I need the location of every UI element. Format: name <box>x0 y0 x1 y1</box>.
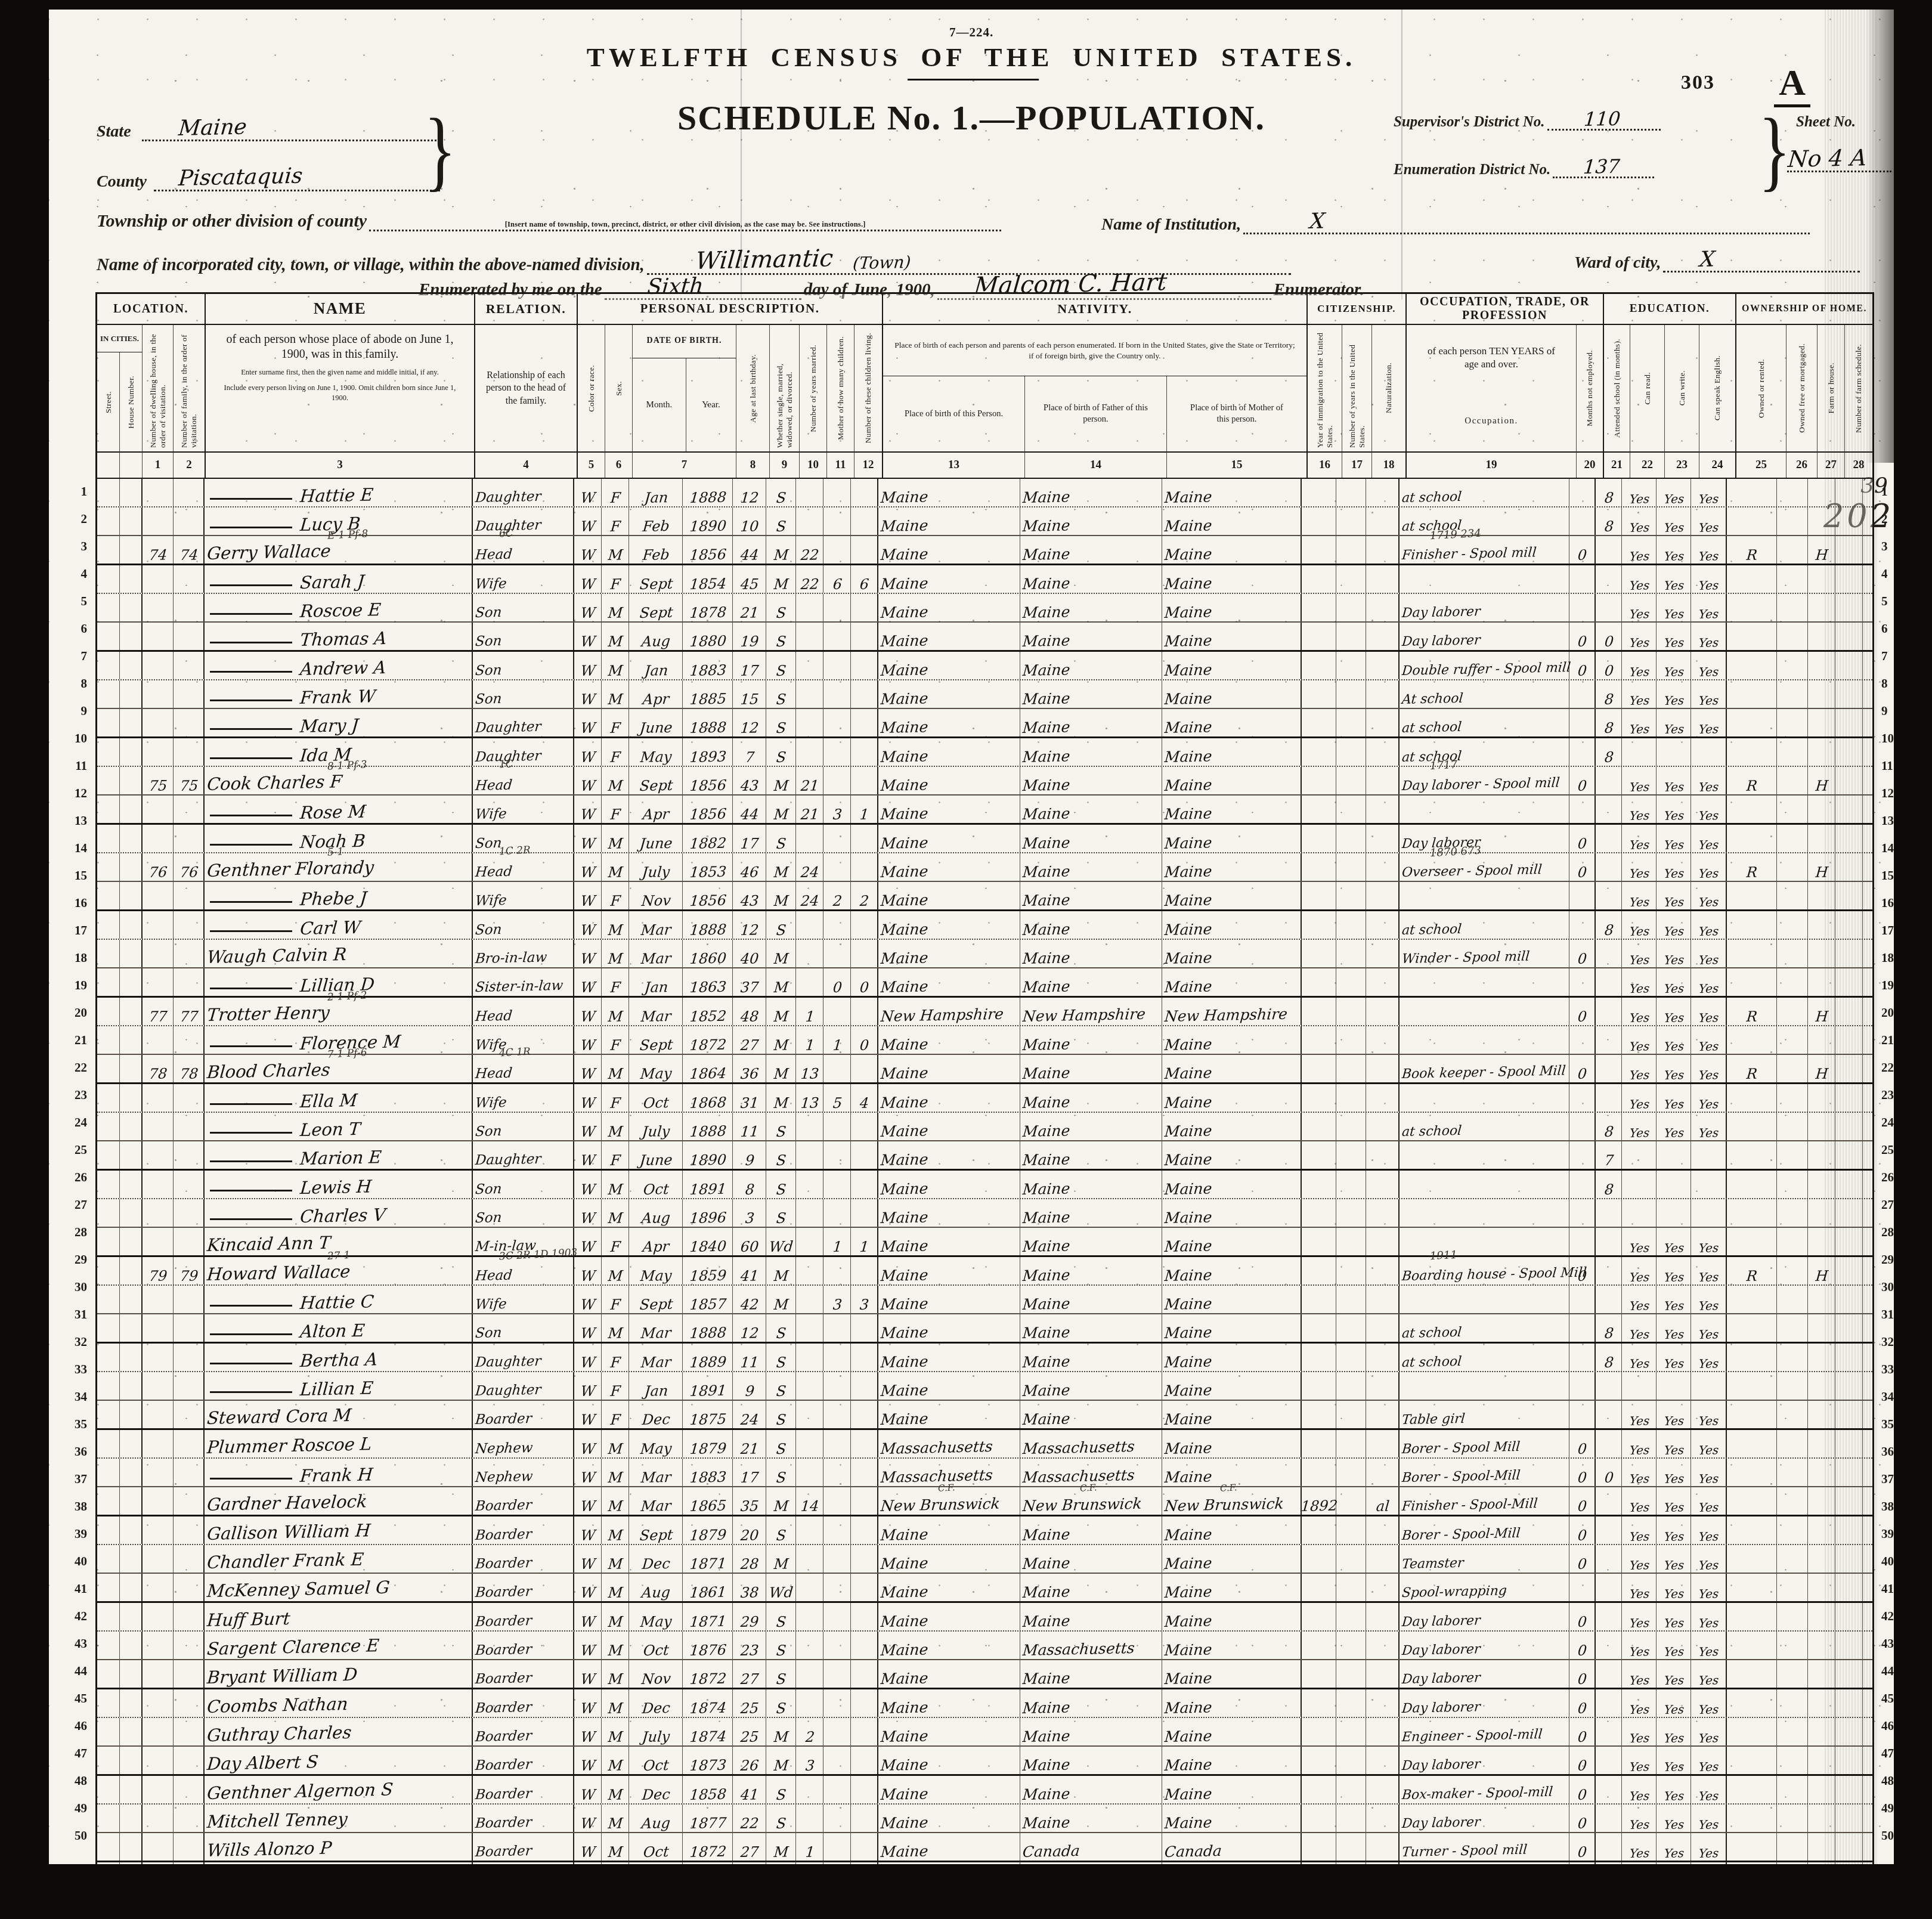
cell-ym: 13 <box>796 1084 823 1112</box>
cell-occ: Double ruffer - Spool mill <box>1400 652 1569 679</box>
cell-house <box>120 1516 143 1544</box>
cell-yr: 1856 <box>683 796 733 823</box>
line-number: 32 <box>49 1328 95 1355</box>
cell-house <box>120 1286 143 1313</box>
cell-s: M <box>602 998 629 1025</box>
line-number: 33 <box>49 1355 95 1383</box>
cell-fh <box>1808 652 1835 679</box>
cell-sched <box>1835 1401 1863 1428</box>
cell-own <box>1727 1660 1777 1688</box>
cell-pob: Maine <box>878 1257 1020 1285</box>
cell-cl: 1 <box>851 1228 878 1255</box>
cell-imm <box>1302 1516 1336 1544</box>
cell-mne: 0 <box>1569 1805 1596 1832</box>
header-speak-english: Can speak English. <box>1699 325 1735 451</box>
cell-mne: 0 <box>1569 1862 1596 1864</box>
colnum-15: 15 <box>1167 451 1306 478</box>
cell-pob: Maine <box>878 1516 1020 1544</box>
cell-c: W <box>574 767 602 794</box>
cell-fam <box>174 1430 205 1457</box>
cell-house <box>120 1372 143 1400</box>
cell-pf: Maine <box>1020 1545 1162 1573</box>
cell-c: W <box>574 1430 602 1457</box>
cell-en: Yes <box>1691 998 1727 1025</box>
cell-fam <box>174 1171 205 1198</box>
cell-nat <box>1366 911 1400 939</box>
cell-house <box>120 1689 143 1717</box>
cell-age: 60 <box>733 1228 766 1255</box>
cell-s: M <box>602 680 629 708</box>
cell-cl: 1 <box>851 796 878 823</box>
cell-fh <box>1808 594 1835 621</box>
cell-mo: Nov <box>629 882 683 909</box>
line-number: 45 <box>49 1685 95 1712</box>
line-number: 22 <box>1874 1054 1894 1081</box>
cell-pf: Maine <box>1020 652 1162 679</box>
cell-fh <box>1808 1574 1835 1601</box>
table-row: 78787-1 Pf-6Blood Charles4C 1RHeadWMMay1… <box>97 1055 1872 1084</box>
cell-imm <box>1302 652 1336 679</box>
cell-fh: H <box>1808 853 1835 881</box>
cell-s: F <box>602 709 629 736</box>
cell-dw <box>143 680 174 708</box>
cell-sch <box>1596 1805 1622 1832</box>
cell-yus <box>1336 1199 1366 1227</box>
cell-sch <box>1596 1228 1622 1255</box>
header-owned-rented: Owned or rented. <box>1736 325 1787 451</box>
cell-s: M <box>602 1055 629 1082</box>
cell-nat <box>1366 1314 1400 1342</box>
cell-pf: New Hampshire <box>1020 998 1162 1025</box>
cell-ym <box>796 1430 823 1457</box>
colnum-7: 7 <box>633 451 736 478</box>
cell-rd: Yes <box>1622 1113 1657 1140</box>
cell-rd: Yes <box>1622 968 1657 996</box>
header-pob-person: Place of birth of this Person. <box>883 376 1025 451</box>
cell-own <box>1727 796 1777 823</box>
cell-m: S <box>766 1430 796 1457</box>
cell-yus <box>1336 1833 1366 1861</box>
cell-house <box>120 1747 143 1774</box>
cell-m: S <box>766 1372 796 1400</box>
cell-sched <box>1835 1632 1863 1659</box>
line-number: 50 <box>1874 1822 1894 1849</box>
cell-ym <box>796 1286 823 1313</box>
cell-house <box>120 623 143 650</box>
cell-m: M <box>766 1026 796 1054</box>
line-number: 20 <box>49 999 95 1026</box>
line-number: 41 <box>49 1575 95 1602</box>
cell-yus <box>1336 1660 1366 1688</box>
cell-fm <box>1777 1718 1808 1745</box>
cell-age: 21 <box>733 1430 766 1457</box>
cell-sch: 8 <box>1596 1344 1622 1371</box>
cell-c: W <box>574 507 602 535</box>
cell-pob: Maine <box>878 853 1020 881</box>
line-number: 35 <box>49 1410 95 1438</box>
cell-cl <box>851 709 878 736</box>
cell-wr: Yes <box>1657 1574 1691 1601</box>
cell-yus <box>1336 1084 1366 1112</box>
cell-house <box>120 507 143 535</box>
township-field: Township or other division of county [In… <box>97 211 1001 231</box>
cell-fm <box>1777 1113 1808 1140</box>
cell-occ <box>1400 968 1569 996</box>
cell-s: F <box>602 1372 629 1400</box>
cell-dw <box>143 1862 174 1864</box>
table-row: Marion EDaughterWFJune18909SMaineMaineMa… <box>97 1141 1872 1171</box>
cell-occ <box>1400 1084 1569 1112</box>
cell-yus <box>1336 1257 1366 1285</box>
cell-cl <box>851 1344 878 1371</box>
cell-own <box>1727 1689 1777 1717</box>
cell-pm: Maine <box>1162 652 1302 679</box>
cell-own <box>1727 1401 1777 1428</box>
cell-sched <box>1835 1516 1863 1544</box>
cell-fam <box>174 1487 205 1515</box>
cell-fh: H <box>1808 1257 1835 1285</box>
cell-pm: Maine <box>1162 1199 1302 1227</box>
cell-m: S <box>766 1199 796 1227</box>
cell-yus <box>1336 940 1366 967</box>
line-number: 1 <box>1874 478 1894 505</box>
cell-fm <box>1777 767 1808 794</box>
cell-name: 7-1 Pf-6Blood Charles <box>205 1055 473 1082</box>
cell-mne: 0 <box>1569 1257 1596 1285</box>
cell-nat <box>1366 565 1400 593</box>
cell-fam <box>174 825 205 852</box>
cell-dw <box>143 1545 174 1573</box>
cell-pm: Maine <box>1162 1545 1302 1573</box>
cell-own <box>1727 565 1777 593</box>
cell-wr: Yes <box>1657 1603 1691 1630</box>
cell-en: Yes <box>1691 1459 1727 1486</box>
cell-imm <box>1302 1286 1336 1313</box>
cell-house <box>120 1459 143 1486</box>
right-brace: } <box>1758 99 1791 202</box>
cell-rel: Wife <box>473 1084 574 1112</box>
cell-nat <box>1366 709 1400 736</box>
cell-en: Yes <box>1691 796 1727 823</box>
table-row: Hattie EDaughterWFJan188812SMaineMaineMa… <box>97 479 1872 507</box>
cell-occ: 1717Day laborer - Spool mill <box>1400 767 1569 794</box>
table-row: Plummer Roscoe LNephewWMMay187921SMassac… <box>97 1430 1872 1459</box>
cell-s: M <box>602 1314 629 1342</box>
sheet-no-label: Sheet No. <box>1796 114 1856 130</box>
cell-m: S <box>766 479 796 506</box>
cell-street <box>97 1574 120 1601</box>
cell-age: 48 <box>733 998 766 1025</box>
line-number: 28 <box>49 1218 95 1246</box>
cell-yus <box>1336 1574 1366 1601</box>
colnum-16: 16 <box>1308 451 1342 478</box>
cell-wr: Yes <box>1657 853 1691 881</box>
colgroup-name: NAME of each person whose place of abode… <box>206 294 475 478</box>
cell-imm <box>1302 1545 1336 1573</box>
cell-wr: Yes <box>1657 1430 1691 1457</box>
cell-mo: May <box>629 738 683 766</box>
cell-cl: 3 <box>851 1286 878 1313</box>
cell-mo: June <box>629 825 683 852</box>
cell-dw <box>143 1776 174 1803</box>
cell-c: W <box>574 1660 602 1688</box>
cell-age: 19 <box>733 623 766 650</box>
cell-age: 27 <box>733 1660 766 1688</box>
cell-yr: 1865 <box>683 1487 733 1515</box>
cell-sched <box>1835 1286 1863 1313</box>
cell-c: W <box>574 709 602 736</box>
cell-street <box>97 1372 120 1400</box>
cell-mo: Apr <box>629 796 683 823</box>
cell-fam <box>174 1516 205 1544</box>
line-number: 18 <box>1874 944 1894 971</box>
cell-cl <box>851 738 878 766</box>
cell-fam <box>174 1286 205 1313</box>
cell-fm <box>1777 1459 1808 1486</box>
cell-yus <box>1336 479 1366 506</box>
cell-sched <box>1835 1171 1863 1198</box>
line-number: 46 <box>1874 1712 1894 1740</box>
cell-pob: Maine <box>878 1574 1020 1601</box>
cell-s: F <box>602 968 629 996</box>
cell-pf: Maine <box>1020 1199 1162 1227</box>
cell-imm <box>1302 709 1336 736</box>
cell-name: Easley William <box>205 1862 473 1864</box>
cell-dw <box>143 623 174 650</box>
cell-rd <box>1622 1372 1657 1400</box>
cell-m: M <box>766 1487 796 1515</box>
line-number: 13 <box>1874 807 1894 834</box>
cell-fh <box>1808 1084 1835 1112</box>
cell-wr: Yes <box>1657 1314 1691 1342</box>
cell-ym: 24 <box>796 882 823 909</box>
ward-value: X <box>1699 249 1716 271</box>
cell-own <box>1727 1603 1777 1630</box>
cell-occ <box>1400 1171 1569 1198</box>
cell-sch <box>1596 1747 1622 1774</box>
cell-fh <box>1808 680 1835 708</box>
cell-street <box>97 1776 120 1803</box>
cell-rd: Yes <box>1622 825 1657 852</box>
cell-ym: 1 <box>796 1833 823 1861</box>
cell-pf: Maine <box>1020 1344 1162 1371</box>
line-number: 50 <box>49 1822 95 1849</box>
cell-mo: June <box>629 709 683 736</box>
line-number: 12 <box>49 779 95 807</box>
cell-rel: Son <box>473 594 574 621</box>
cell-s: F <box>602 565 629 593</box>
cell-pf: Maine <box>1020 1286 1162 1313</box>
enum-district-value: 137 <box>1583 157 1621 177</box>
cell-yr: 1874 <box>683 1718 733 1745</box>
cell-wr: Yes <box>1657 1862 1691 1864</box>
cell-fh <box>1808 507 1835 535</box>
cell-yus <box>1336 968 1366 996</box>
line-number: 44 <box>49 1657 95 1685</box>
cell-mo: Sept <box>629 594 683 621</box>
cell-fh <box>1808 1459 1835 1486</box>
cell-fh: H <box>1808 767 1835 794</box>
city-suffix: (Town) <box>852 254 912 272</box>
cell-s: M <box>602 1113 629 1140</box>
cell-pob: Maine <box>878 1805 1020 1832</box>
cell-house <box>120 1862 143 1864</box>
cell-mne <box>1569 1026 1596 1054</box>
cell-yus <box>1336 853 1366 881</box>
cell-pm: Maine <box>1162 1286 1302 1313</box>
cell-yus <box>1336 738 1366 766</box>
line-number: 38 <box>1874 1493 1894 1520</box>
cell-sched <box>1835 1545 1863 1573</box>
cell-yr: 1868 <box>683 1084 733 1112</box>
cell-wr: Yes <box>1657 1805 1691 1832</box>
cell-mo: June <box>629 1862 683 1864</box>
cell-age: 15 <box>733 680 766 708</box>
cell-pob: Maine <box>878 536 1020 564</box>
line-number: 42 <box>1874 1602 1894 1630</box>
cell-street <box>97 1545 120 1573</box>
cell-cl <box>851 1660 878 1688</box>
cell-mo: Mar <box>629 1344 683 1371</box>
cell-age: 12 <box>733 911 766 939</box>
cell-imm <box>1302 507 1336 535</box>
cell-mb: 0 <box>823 968 851 996</box>
cell-nat <box>1366 1199 1400 1227</box>
cell-rel: Wife <box>473 796 574 823</box>
table-row: Steward Cora MBoarderWFDec187524SMaineMa… <box>97 1401 1872 1430</box>
cell-mb <box>823 1055 851 1082</box>
cell-c: W <box>574 680 602 708</box>
cell-en: Yes <box>1691 652 1727 679</box>
cell-yus <box>1336 1805 1366 1832</box>
cell-cl <box>851 536 878 564</box>
cell-fm <box>1777 1372 1808 1400</box>
cell-nat <box>1366 853 1400 881</box>
cell-name: Bryant William D <box>205 1660 473 1688</box>
cell-rd: Yes <box>1622 1574 1657 1601</box>
cell-age: 43 <box>733 882 766 909</box>
cell-rel: Daughter <box>473 709 574 736</box>
cell-cl <box>851 1113 878 1140</box>
cell-imm <box>1302 853 1336 881</box>
table-row: Roscoe ESonWMSept187821SMaineMaineMaineD… <box>97 594 1872 623</box>
cell-s: F <box>602 479 629 506</box>
cell-pob: Maine <box>878 652 1020 679</box>
cell-yus <box>1336 507 1366 535</box>
cell-m: S <box>766 738 796 766</box>
cell-imm <box>1302 1805 1336 1832</box>
line-numbers-left: 1234567891011121314151617181920212223242… <box>49 292 95 1849</box>
cell-fm <box>1777 1776 1808 1803</box>
cell-fam <box>174 1718 205 1745</box>
line-number: 42 <box>49 1602 95 1630</box>
cell-s: M <box>602 767 629 794</box>
cell-wr <box>1657 1199 1691 1227</box>
cell-pob: Massachusetts <box>878 1862 1020 1864</box>
cell-rd: Yes <box>1622 796 1657 823</box>
cell-fh <box>1808 1776 1835 1803</box>
cell-nat <box>1366 1228 1400 1255</box>
cell-en: Yes <box>1691 680 1727 708</box>
cell-occ: Day laborer <box>1400 594 1569 621</box>
cell-cl <box>851 1805 878 1832</box>
cell-pf: Maine <box>1020 1516 1162 1544</box>
header-children-living: Number of these children living. <box>854 325 882 451</box>
cell-yr: 1888 <box>683 479 733 506</box>
cell-m: S <box>766 1862 796 1864</box>
cell-yus <box>1336 1171 1366 1198</box>
cell-fam <box>174 594 205 621</box>
cell-house <box>120 882 143 909</box>
cell-own: R <box>1727 853 1777 881</box>
cell-nat <box>1366 1084 1400 1112</box>
line-number: 3 <box>49 533 95 560</box>
cell-mo: Mar <box>629 1459 683 1486</box>
table-row: Huff BurtBoarderWMMay187129SMaineMaineMa… <box>97 1603 1872 1632</box>
cell-pf: Maine <box>1020 911 1162 939</box>
cell-mb <box>823 1805 851 1832</box>
cell-sched <box>1835 968 1863 996</box>
cell-fh: H <box>1808 998 1835 1025</box>
cell-s: M <box>602 1171 629 1198</box>
cell-yr: 1873 <box>683 1747 733 1774</box>
cell-cl <box>851 1574 878 1601</box>
cell-name: Guthray Charles <box>205 1718 473 1745</box>
cell-mne <box>1569 796 1596 823</box>
cell-fam <box>174 1199 205 1227</box>
cell-m: S <box>766 1603 796 1630</box>
cell-age: 36 <box>733 1055 766 1082</box>
cell-en: Yes <box>1691 1862 1727 1864</box>
sheet-no-label-wrap: Sheet No. <box>1796 114 1856 131</box>
cell-fam <box>174 796 205 823</box>
cell-occ: Box-maker - Spool-mill <box>1400 1776 1569 1803</box>
cell-fam <box>174 1344 205 1371</box>
cell-sched <box>1835 507 1863 535</box>
cell-nat <box>1366 1401 1400 1428</box>
cell-age: 28 <box>733 1545 766 1573</box>
table-row: Hattie CWifeWFSept185742M33MaineMaineMai… <box>97 1286 1872 1314</box>
cell-en <box>1691 1171 1727 1198</box>
cell-mne: 0 <box>1569 825 1596 852</box>
cell-mb <box>823 1833 851 1861</box>
line-number: 12 <box>1874 779 1894 807</box>
cell-pob: Maine <box>878 709 1020 736</box>
cell-age: 44 <box>733 796 766 823</box>
cell-street <box>97 1718 120 1745</box>
cell-s: M <box>602 1833 629 1861</box>
cell-nat <box>1366 940 1400 967</box>
census-table: LOCATION. IN CITIES. Street. House Numbe… <box>95 292 1874 1864</box>
cell-pf: Maine <box>1020 738 1162 766</box>
cell-imm <box>1302 1632 1336 1659</box>
cell-mb <box>823 1776 851 1803</box>
page-number: 303 <box>1681 72 1715 94</box>
cell-yus <box>1336 1344 1366 1371</box>
cell-imm <box>1302 1228 1336 1255</box>
line-number: 1 <box>49 478 95 505</box>
table-row: Gallison William HBoarderWMSept187920SMa… <box>97 1516 1872 1545</box>
cell-fam <box>174 709 205 736</box>
cell-c: W <box>574 1257 602 1285</box>
cell-rel: Boarder <box>473 1401 574 1428</box>
cell-imm <box>1302 1141 1336 1169</box>
cell-own <box>1727 623 1777 650</box>
cell-en: Yes <box>1691 1574 1727 1601</box>
cell-fh: H <box>1808 536 1835 564</box>
cell-mne: 0 <box>1569 536 1596 564</box>
cell-house <box>120 1632 143 1659</box>
